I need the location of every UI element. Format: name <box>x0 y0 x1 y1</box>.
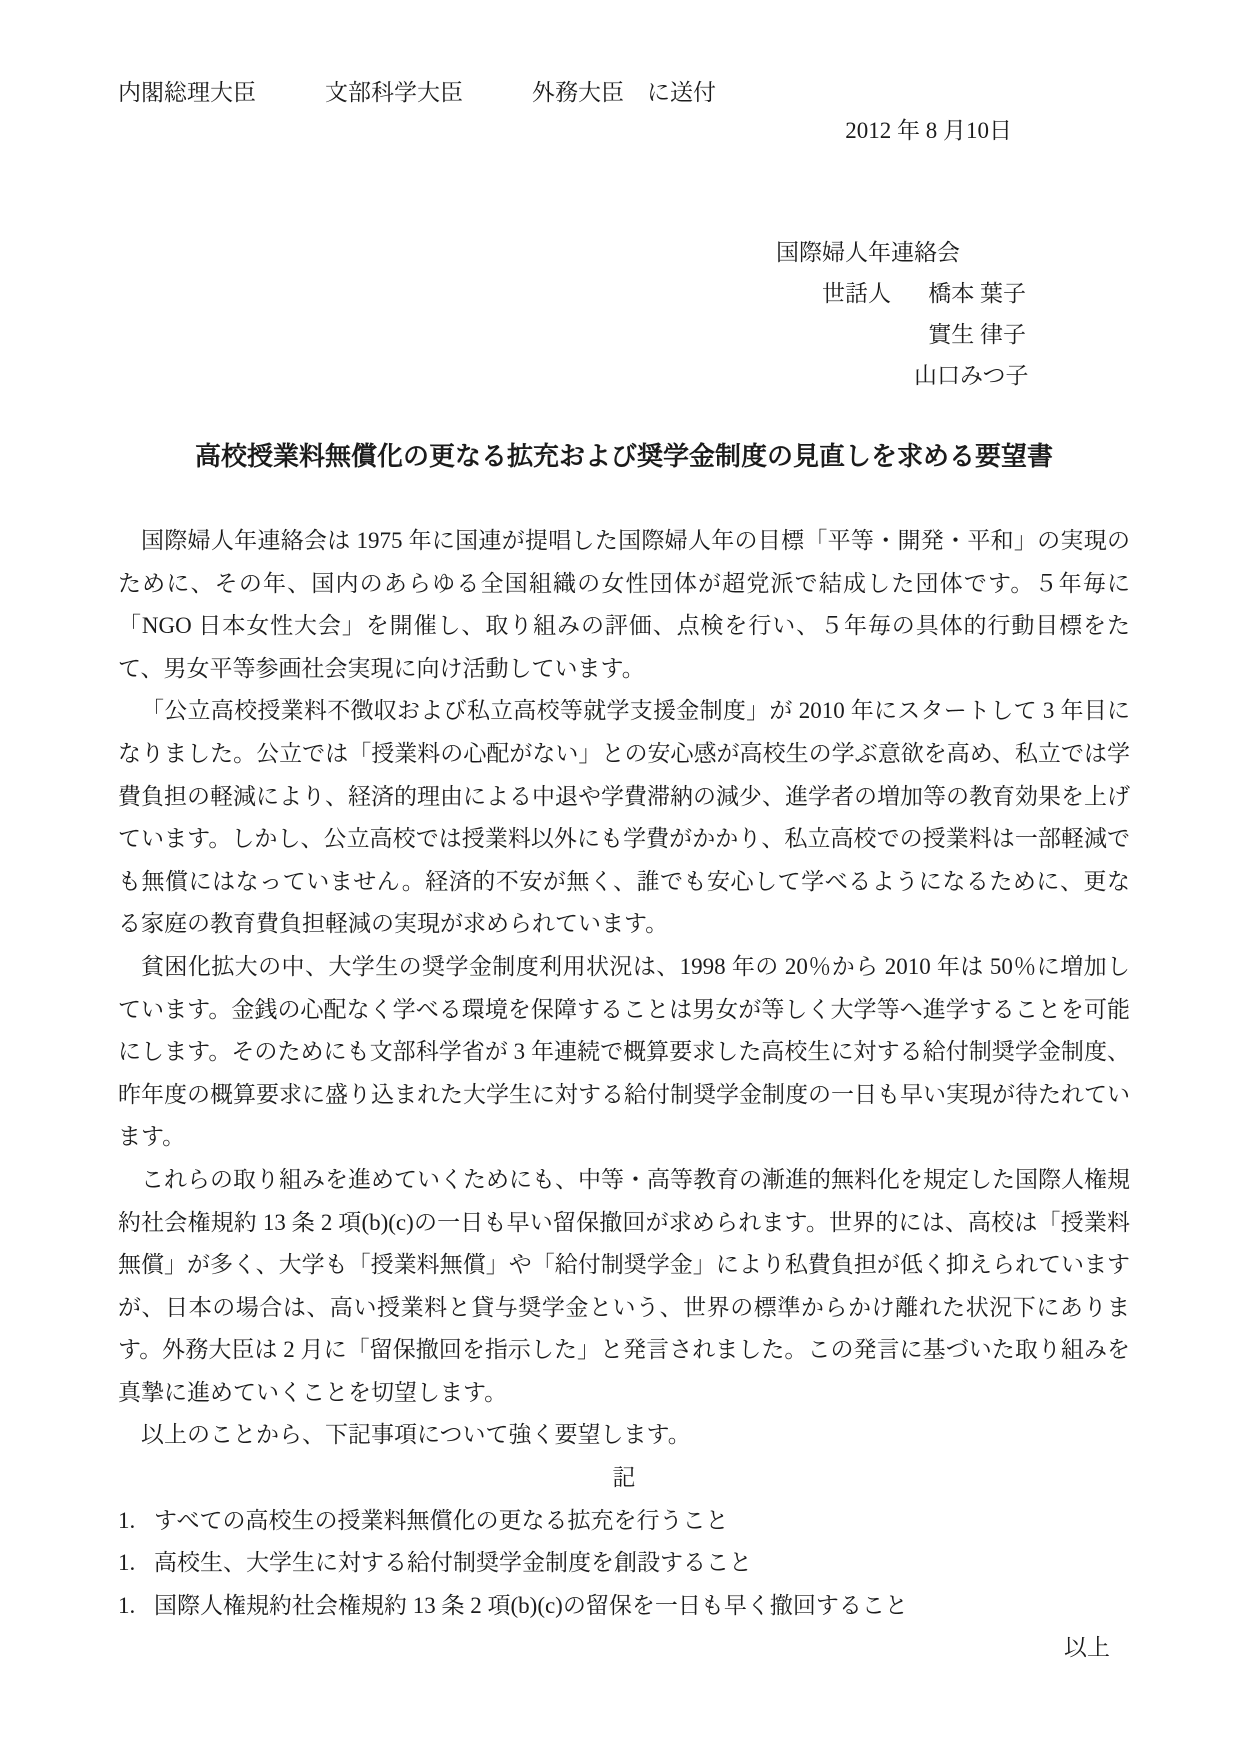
document-body: 国際婦人年連絡会は 1975 年に国連が提唱した国際婦人年の目標「平等・開発・平… <box>118 520 1130 1457</box>
request-item: 1. すべての高校生の授業料無償化の更なる拡充を行うこと <box>118 1500 1130 1543</box>
request-text: すべての高校生の授業料無償化の更なる拡充を行うこと <box>154 1500 1130 1543</box>
sender-organization: 国際婦人年連絡会 <box>776 232 1130 273</box>
sender-name: 橋本 葉子 <box>914 273 1026 314</box>
notice-marker: 記 <box>118 1457 1130 1500</box>
request-list: 1. すべての高校生の授業料無償化の更なる拡充を行うこと 1. 高校生、大学生に… <box>118 1500 1130 1628</box>
sender-line: 世話人 橋本 葉子 <box>776 273 1130 314</box>
request-item: 1. 高校生、大学生に対する給付制奨学金制度を創設すること <box>118 1542 1130 1585</box>
sender-line: 山口みつ子 <box>776 355 1130 396</box>
body-paragraph: 貧困化拡大の中、大学生の奨学金制度利用状況は、1998 年の 20％から 201… <box>118 946 1130 1159</box>
document-title: 高校授業料無償化の更なる拡充および奨学金制度の見直しを求める要望書 <box>118 440 1130 474</box>
request-number: 1. <box>118 1585 154 1628</box>
sender-role-spacer <box>822 355 914 396</box>
sender-line: 實生 律子 <box>776 314 1130 355</box>
recipients-line: 内閣総理大臣 文部科学大臣 外務大臣 に送付 <box>118 78 1130 108</box>
request-number: 1. <box>118 1542 154 1585</box>
body-paragraph: 「公立高校授業料不徴収および私立高校等就学支援金制度」が 2010 年にスタート… <box>118 690 1130 946</box>
request-text: 高校生、大学生に対する給付制奨学金制度を創設すること <box>154 1542 1130 1585</box>
sender-name: 實生 律子 <box>914 314 1026 355</box>
request-text: 国際人権規約社会権規約 13 条 2 項(b)(c)の留保を一日も早く撤回するこ… <box>154 1585 1130 1628</box>
body-paragraph: 国際婦人年連絡会は 1975 年に国連が提唱した国際婦人年の目標「平等・開発・平… <box>118 520 1130 690</box>
request-item: 1. 国際人権規約社会権規約 13 条 2 項(b)(c)の留保を一日も早く撤回… <box>118 1585 1130 1628</box>
sender-block: 国際婦人年連絡会 世話人 橋本 葉子 實生 律子 山口みつ子 <box>776 232 1130 396</box>
sender-name: 山口みつ子 <box>914 355 1026 396</box>
sender-role-spacer <box>822 314 914 355</box>
request-number: 1. <box>118 1500 154 1543</box>
body-paragraph: 以上のことから、下記事項について強く要望します。 <box>118 1414 1130 1457</box>
document-date: 2012 年 8 月10日 <box>118 116 1130 146</box>
body-paragraph: これらの取り組みを進めていくためにも、中等・高等教育の漸進的無料化を規定した国際… <box>118 1159 1130 1415</box>
sender-role: 世話人 <box>822 273 914 314</box>
closing-word: 以上 <box>118 1627 1130 1670</box>
document-page: 内閣総理大臣 文部科学大臣 外務大臣 に送付 2012 年 8 月10日 国際婦… <box>0 0 1240 1754</box>
